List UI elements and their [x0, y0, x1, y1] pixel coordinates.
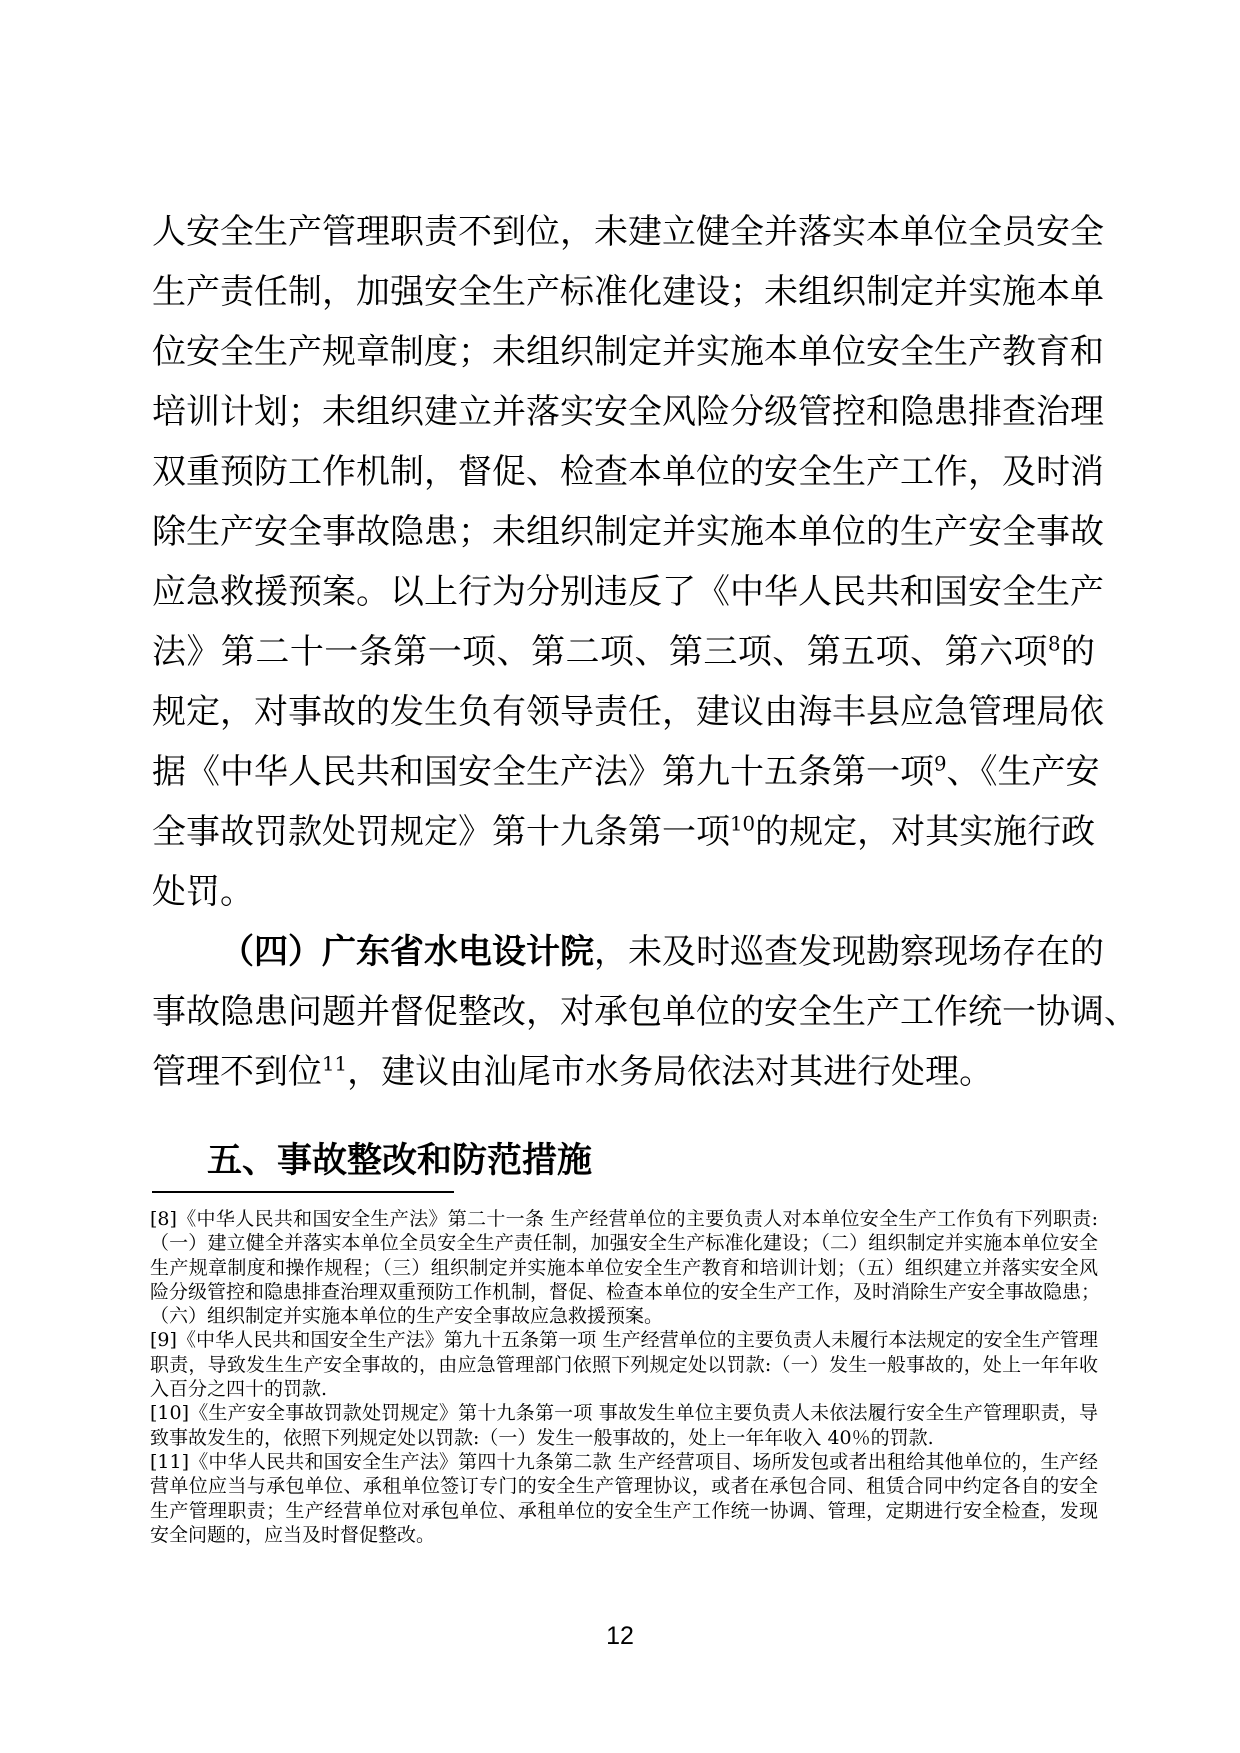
footnote-ref-9: 9: [934, 753, 947, 776]
body-line: 事故隐患问题并督促整改，对承包单位的安全生产工作统一协调、: [152, 982, 1095, 1042]
body-line-text: ，未及时巡查发现勘察现场存在的: [594, 932, 1104, 972]
body-text: 人安全生产管理职责不到位，未建立健全并落实本单位全员安全 生产责任制，加强安全生…: [152, 202, 1095, 1220]
body-line-text: 、《生产安: [947, 752, 1100, 792]
footnote-separator: [152, 1191, 454, 1193]
body-line: 位安全生产规章制度；未组织制定并实施本单位安全生产教育和: [152, 322, 1095, 382]
footnote-line: 生产管理职责；生产经营单位对承包单位、承租单位的安全生产工作统一协调、管理，定期…: [150, 1499, 1098, 1523]
footnote-line: [8]《中华人民共和国安全生产法》第二十一条 生产经营单位的主要负责人对本单位安…: [150, 1207, 1098, 1231]
footnote-line: （六）组织制定并实施本单位的生产安全事故应急救援预案。: [150, 1304, 1098, 1328]
footnote-line: 生产规章制度和操作规程；（三）组织制定并实施本单位安全生产教育和培训计划；（五）…: [150, 1256, 1098, 1280]
footnote-line: 营单位应当与承包单位、承租单位签订专门的安全生产管理协议，或者在承包合同、租赁合…: [150, 1474, 1098, 1498]
footnote-line: 入百分之四十的罚款.: [150, 1377, 1098, 1401]
body-line-text: 的: [1061, 632, 1095, 672]
footnote-line: 险分级管控和隐患排查治理双重预防工作机制，督促、检查本单位的安全生产工作，及时消…: [150, 1280, 1098, 1304]
footnote-ref-8: 8: [1048, 633, 1061, 656]
body-line: 生产责任制，加强安全生产标准化建设；未组织制定并实施本单: [152, 262, 1095, 322]
footnote-line: 职责，导致发生生产安全事故的，由应急管理部门依照下列规定处以罚款:（一）发生一般…: [150, 1353, 1098, 1377]
body-line: 全事故罚款处罚规定》第十九条第一项10的规定，对其实施行政: [152, 802, 1095, 862]
section-heading: 五、事故整改和防范措施: [207, 1131, 1095, 1191]
body-line: 法》第二十一条第一项、第二项、第三项、第五项、第六项8的: [152, 622, 1095, 682]
footnotes: [8]《中华人民共和国安全生产法》第二十一条 生产经营单位的主要负责人对本单位安…: [150, 1207, 1098, 1547]
body-line: 人安全生产管理职责不到位，未建立健全并落实本单位全员安全: [152, 202, 1095, 262]
page-number: 12: [0, 1622, 1240, 1651]
body-line: 除生产安全事故隐患；未组织制定并实施本单位的生产安全事故: [152, 502, 1095, 562]
org-name-bold: （四）广东省水电设计院: [220, 932, 594, 972]
footnote-line: 安全问题的，应当及时督促整改。: [150, 1523, 1098, 1547]
footnote-line: 致事故发生的，依照下列规定处以罚款:（一）发生一般事故的，处上一年年收入 40％…: [150, 1426, 1098, 1450]
footnote-ref-10: 10: [730, 813, 755, 836]
body-line: 双重预防工作机制，督促、检查本单位的安全生产工作，及时消: [152, 442, 1095, 502]
body-line-text: 的规定，对其实施行政: [755, 812, 1095, 852]
footnote-line: （一）建立健全并落实本单位全员安全生产责任制，加强安全生产标准化建设；（二）组织…: [150, 1231, 1098, 1255]
document-page: 人安全生产管理职责不到位，未建立健全并落实本单位全员安全 生产责任制，加强安全生…: [0, 0, 1240, 1753]
footnote-line: [9]《中华人民共和国安全生产法》第九十五条第一项 生产经营单位的主要负责人未履…: [150, 1328, 1098, 1352]
body-line-text: 法》第二十一条第一项、第二项、第三项、第五项、第六项: [152, 632, 1048, 672]
body-line: 据《中华人民共和国安全生产法》第九十五条第一项9、《生产安: [152, 742, 1095, 802]
body-line: （四）广东省水电设计院，未及时巡查发现勘察现场存在的: [152, 922, 1095, 982]
body-line-text: 管理不到位: [152, 1052, 322, 1092]
body-line-text: ，建议由汕尾市水务局依法对其进行处理。: [347, 1052, 993, 1092]
footnote-line: [10]《生产安全事故罚款处罚规定》第十九条第一项 事故发生单位主要负责人未依法…: [150, 1401, 1098, 1425]
body-line-text: 全事故罚款处罚规定》第十九条第一项: [152, 812, 730, 852]
body-line: 处罚。: [152, 862, 1095, 922]
footnote-line: [11]《中华人民共和国安全生产法》第四十九条第二款 生产经营项目、场所发包或者…: [150, 1450, 1098, 1474]
body-line: 培训计划；未组织建立并落实安全风险分级管控和隐患排查治理: [152, 382, 1095, 442]
body-line-text: 据《中华人民共和国安全生产法》第九十五条第一项: [152, 752, 934, 792]
body-line: 规定，对事故的发生负有领导责任，建议由海丰县应急管理局依: [152, 682, 1095, 742]
body-line: 管理不到位11，建议由汕尾市水务局依法对其进行处理。: [152, 1042, 1095, 1102]
body-line: 应急救援预案。以上行为分别违反了《中华人民共和国安全生产: [152, 562, 1095, 622]
footnote-ref-11: 11: [322, 1053, 347, 1076]
